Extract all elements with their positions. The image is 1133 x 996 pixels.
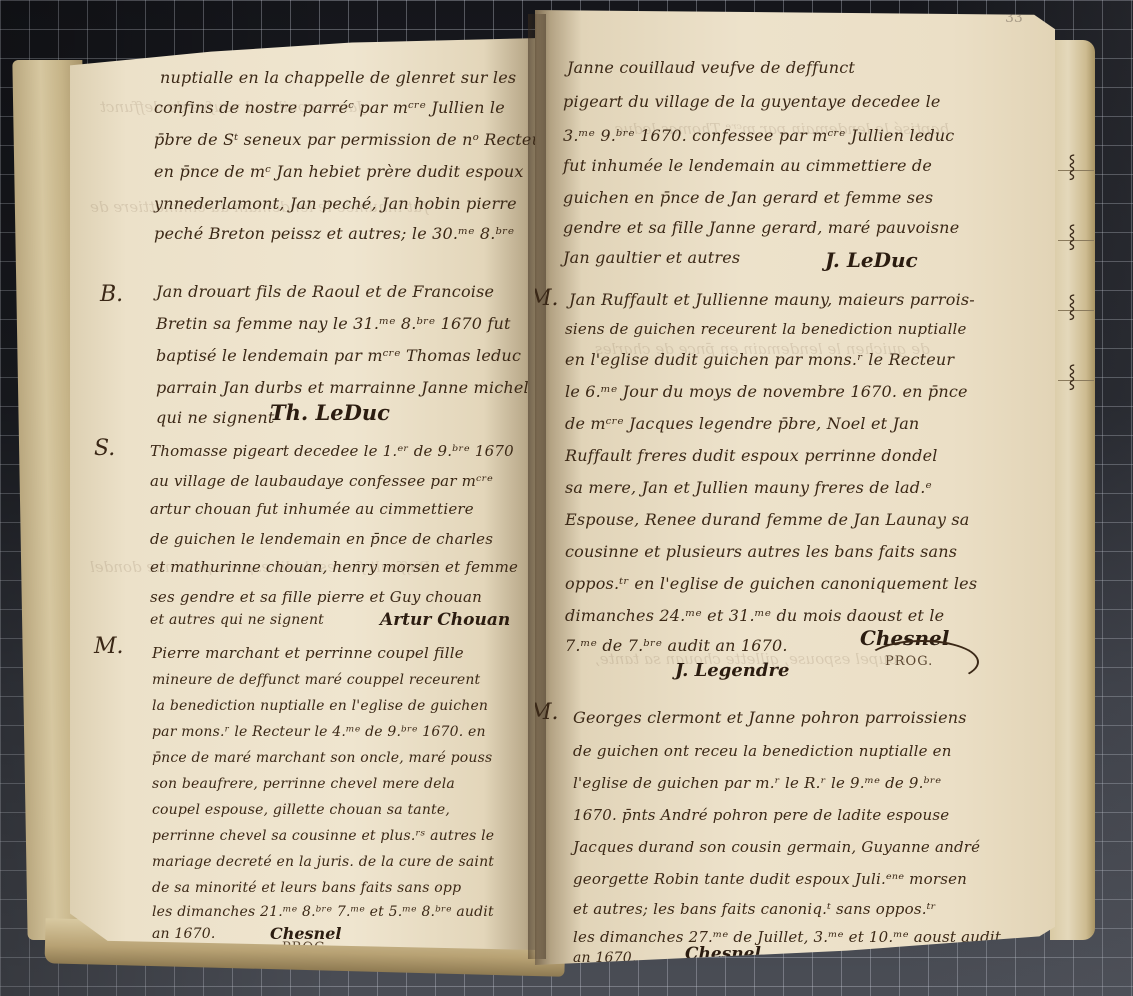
margin-letter-burial: S. xyxy=(94,436,115,461)
text-line: parrain Jan durbs et marrainne Janne mic… xyxy=(156,378,529,397)
signature-title: PROG. xyxy=(700,960,748,965)
text-line: peché Breton peissz et autres; le 30.ᵐᵉ … xyxy=(154,224,514,243)
book-gutter xyxy=(528,14,546,959)
text-line: siens de guichen receurent la benedictio… xyxy=(565,320,967,338)
text-line: mariage decreté en la juris. de la cure … xyxy=(152,854,494,870)
text-line: an 1670. xyxy=(152,926,216,942)
text-line: en p̄nce de mᶜ Jan hebiet prère dudit es… xyxy=(154,162,524,181)
tab-line xyxy=(1058,170,1094,171)
open-register-book: ⸾ ⸾ ⸾ ⸾ Janne couillaud veufve de deffun… xyxy=(0,0,1133,996)
text-line: sa mere, Jan et Jullien mauny freres de … xyxy=(565,478,932,497)
text-line: de sa minorité et leurs bans faits sans … xyxy=(152,880,461,896)
tab-line xyxy=(1058,240,1094,241)
signature: Th. LeDuc xyxy=(270,400,390,425)
text-line: de guichen le lendemain en p̄nce de char… xyxy=(150,530,493,548)
text-line: Ruffault freres dudit espoux perrinne do… xyxy=(565,446,938,465)
text-line: les dimanches 21.ᵐᵉ 8.ᵇʳᵉ 7.ᵐᵉ et 5.ᵐᵉ 8… xyxy=(152,904,494,920)
left-page: Janne couillaud veufve de deffunct fut i… xyxy=(70,38,540,950)
page-number: 33 xyxy=(1005,10,1023,26)
text-line: Thomasse pigeart decedee le 1.ᵉʳ de 9.ᵇʳ… xyxy=(150,442,514,460)
margin-letter-baptism: B. xyxy=(100,282,123,307)
text-line: de guichen ont receu la benediction nupt… xyxy=(573,742,952,760)
text-line: et autres qui ne signent xyxy=(150,612,324,628)
text-line: de mᶜʳᵉ Jacques legendre p̄bre, Noel et … xyxy=(565,414,919,433)
text-line: baptisé le lendemain par mᶜʳᵉ Thomas led… xyxy=(156,346,521,365)
text-line: Georges clermont et Janne pohron parrois… xyxy=(573,708,967,727)
edge-tab-marks: ⸾ ⸾ ⸾ ⸾ xyxy=(1058,150,1094,450)
text-line: Jan drouart fils de Raoul et de Francois… xyxy=(156,282,494,301)
text-line: an 1670. xyxy=(573,950,637,965)
text-line: 1670. p̄nts André pohron pere de ladite … xyxy=(573,806,949,824)
text-line: nuptialle en la chappelle de glenret sur… xyxy=(160,68,516,87)
text-line: ynnederlamont, Jan peché, Jan hobin pier… xyxy=(154,194,517,213)
signature: J. Legendre xyxy=(675,660,789,681)
text-line: et autres; les bans faits canoniq.ᵗ sans… xyxy=(573,900,936,918)
text-line: Jan gaultier et autres xyxy=(563,248,740,267)
text-line: p̄bre de Sᵗ seneux par permission de nᵒ … xyxy=(154,130,540,149)
text-line: georgette Robin tante dudit espoux Juli.… xyxy=(573,870,967,888)
text-line: Espouse, Renee durand femme de Jan Launa… xyxy=(565,510,970,529)
text-line: la benediction nuptialle en l'eglise de … xyxy=(152,698,488,714)
text-line: oppos.ᵗʳ en l'eglise de guichen canoniqu… xyxy=(565,574,977,593)
ink-flourish-icon: ⸾ xyxy=(1068,290,1076,320)
text-line: perrinne chevel sa cousinne et plus.ʳˢ a… xyxy=(152,828,494,844)
margin-letter-marriage: M. xyxy=(94,634,124,659)
text-line: coupel espouse, gillette chouan sa tante… xyxy=(152,802,450,818)
tab-line xyxy=(1058,380,1094,381)
text-line: p̄nce de maré marchant son oncle, maré p… xyxy=(152,750,492,766)
text-line: son beaufrere, perrinne chevel mere dela xyxy=(152,776,455,792)
text-line: mineure de deffunct maré couppel receure… xyxy=(152,672,480,688)
right-page: baptisé le lendemain par mᶜʳᵉ Thomas led… xyxy=(535,10,1055,965)
text-line: Jan Ruffault et Jullienne mauny, maieurs… xyxy=(569,290,975,309)
text-line: et mathurinne chouan, henry morsen et fe… xyxy=(150,558,518,576)
text-line: au village de laubaudaye confessee par m… xyxy=(150,472,493,490)
text-line: Bretin sa femme nay le 31.ᵐᵉ 8.ᵇʳᵉ 1670 … xyxy=(156,314,511,333)
text-line: les dimanches 27.ᵐᵉ de Juillet, 3.ᵐᵉ et … xyxy=(573,928,1001,946)
tab-line xyxy=(1058,310,1094,311)
text-line: 3.ᵐᵉ 9.ᵇʳᵉ 1670. confessee par mᶜʳᵉ Jull… xyxy=(563,126,954,145)
signature: J. LeDuc xyxy=(825,248,918,272)
text-line: ses gendre et sa fille pierre et Guy cho… xyxy=(150,588,482,606)
text-line: guichen en p̄nce de Jan gerard et femme … xyxy=(563,188,933,207)
text-line: en l'eglise dudit guichen par mons.ʳ le … xyxy=(565,350,954,369)
text-line: qui ne signent xyxy=(156,408,275,427)
signature: Artur Chouan xyxy=(380,610,510,630)
signature-flourish-icon xyxy=(865,640,979,684)
text-line: cousinne et plusieurs autres les bans fa… xyxy=(565,542,957,561)
text-line: par mons.ʳ le Recteur le 4.ᵐᵉ de 9.ᵇʳᵉ 1… xyxy=(152,724,486,740)
signature: Chesnel xyxy=(685,944,761,964)
text-line: dimanches 24.ᵐᵉ et 31.ᵐᵉ du mois daoust … xyxy=(565,606,944,625)
text-line: fut inhumée le lendemain au cimmettiere … xyxy=(563,156,932,175)
text-line: Jacques durand son cousin germain, Guyan… xyxy=(573,838,980,856)
ink-flourish-icon: ⸾ xyxy=(1068,220,1076,250)
text-line: le 6.ᵐᵉ Jour du moys de novembre 1670. e… xyxy=(565,382,968,401)
ink-flourish-icon: ⸾ xyxy=(1068,150,1076,180)
text-line: confins de nostre parréᶜ par mᶜʳᵉ Jullie… xyxy=(154,98,505,117)
text-line: l'eglise de guichen par m.ʳ le R.ʳ le 9.… xyxy=(573,774,941,792)
text-line: Janne couillaud veufve de deffunct xyxy=(567,58,855,77)
text-line: artur chouan fut inhumée au cimmettiere xyxy=(150,500,474,518)
text-line: Pierre marchant et perrinne coupel fille xyxy=(152,644,464,662)
text-line: pigeart du village de la guyentaye deced… xyxy=(563,92,941,111)
text-line: gendre et sa fille Janne gerard, maré pa… xyxy=(563,218,959,237)
ink-flourish-icon: ⸾ xyxy=(1068,360,1076,390)
text-line: 7.ᵐᵉ de 7.ᵇʳᵉ audit an 1670. xyxy=(565,636,788,655)
